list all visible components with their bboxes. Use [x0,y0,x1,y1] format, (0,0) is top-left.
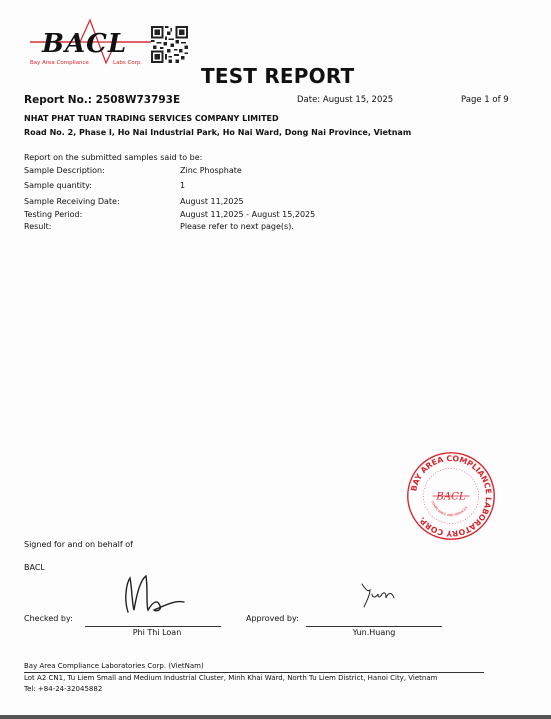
checked-by-name: Phi Thi Loan [85,628,229,637]
detail-label: Testing Period: [24,210,82,219]
approved-by-signature-line [306,626,442,627]
signing-company: BACL [24,563,45,572]
details-intro: Report on the submitted samples said to … [24,153,202,162]
qr-code-icon [151,26,188,63]
footer-phone: Tel: +84-24-32045882 [24,685,102,693]
page-indicator: Page 1 of 9 [461,95,509,105]
checker-signature-icon [118,570,188,620]
report-date: Date: August 15, 2025 [297,95,393,105]
checked-by-label: Checked by: [24,614,73,623]
footer-divider [24,672,484,673]
client-address: Road No. 2, Phase I, Ho Nai Industrial P… [24,128,411,137]
footer-company: Bay Area Compliance Laboratories Corp. (… [24,662,204,670]
report-number: Report No.: 2508W73793E [24,94,180,106]
client-name: NHAT PHAT TUAN TRADING SERVICES COMPANY … [24,114,279,123]
svg-text:Labs Corp.: Labs Corp. [113,60,142,66]
approver-signature-icon [358,580,408,608]
svg-text:BACL: BACL [435,492,465,503]
svg-text:Bay Area Compliance: Bay Area Compliance [30,60,90,66]
detail-value: August 11,2025 - August 15,2025 [180,210,315,219]
detail-value: 1 [180,181,185,190]
detail-label: Sample Receiving Date: [24,197,120,206]
bacl-logo: BACL Bay Area Compliance Labs Corp. [28,18,153,68]
checked-by-signature-line [85,626,221,627]
detail-value: August 11,2025 [180,197,244,206]
svg-text:BACL: BACL [41,29,127,59]
approved-by-label: Approved by: [246,614,299,623]
company-stamp-icon: BAY AREA COMPLIANCE LABORATORY CORP. BAC… [402,450,500,542]
detail-label: Sample quantity: [24,181,92,190]
approved-by-name: Yun.Huang [306,628,442,637]
signed-on-behalf-text: Signed for and on behalf of [24,540,133,549]
detail-value: Please refer to next page(s). [180,222,294,231]
detail-label: Result: [24,222,51,231]
page-bottom-border [0,715,551,719]
page-title: TEST REPORT [201,64,354,88]
footer-address: Lot A2 CN1, Tu Liem Small and Medium Ind… [24,674,437,682]
detail-value: Zinc Phosphate [180,166,242,175]
detail-label: Sample Description: [24,166,105,175]
